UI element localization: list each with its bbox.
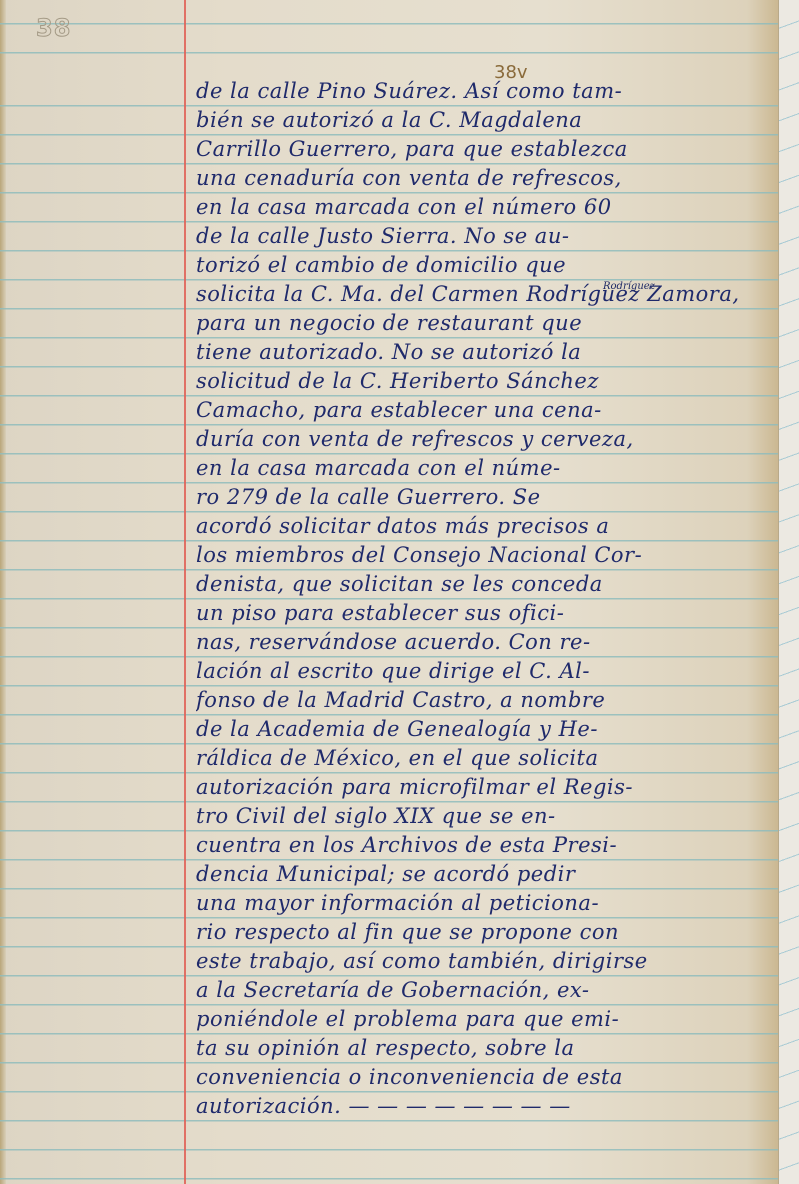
text-line: autorización. — — — — — — — — (196, 1092, 756, 1121)
red-margin-line (184, 0, 186, 1184)
adjacent-page-edge (778, 0, 799, 1184)
text-line: ro 279 de la calle Guerrero. Se (196, 483, 756, 512)
text-line: una cenaduría con venta de refrescos, (196, 164, 756, 193)
text-line: de la calle Justo Sierra. No se au- (196, 222, 756, 251)
text-line: cuentra en los Archivos de esta Presi- (196, 831, 756, 860)
text-line: a la Secretaría de Gobernación, ex- (196, 976, 756, 1005)
text-line: los miembros del Consejo Nacional Cor- (196, 541, 756, 570)
text-line: para un negocio de restaurant que (196, 309, 756, 338)
text-line: denista, que solicitan se les conceda (196, 570, 756, 599)
text-line: poniéndole el problema para que emi- (196, 1005, 756, 1034)
text-line: tro Civil del siglo XIX que se en- (196, 802, 756, 831)
text-line: rio respecto al fin que se propone con (196, 918, 756, 947)
text-line: tiene autorizado. No se autorizó la (196, 338, 756, 367)
text-line: en la casa marcada con el número 60 (196, 193, 756, 222)
page-number-stamp: 38 (36, 14, 71, 42)
text-line: lación al escrito que dirige el C. Al- (196, 657, 756, 686)
text-line: torizó el cambio de domicilio que (196, 251, 756, 280)
text-line: una mayor información al peticiona- (196, 889, 756, 918)
text-line: duría con venta de refrescos y cerveza, (196, 425, 756, 454)
text-line: este trabajo, así como también, dirigirs… (196, 947, 756, 976)
text-line: conveniencia o inconveniencia de esta (196, 1063, 756, 1092)
text-line: ráldica de México, en el que solicita (196, 744, 756, 773)
handwritten-text: de la calle Pino Suárez. Así como tam- b… (196, 77, 756, 1121)
text-line: ta su opinión al respecto, sobre la (196, 1034, 756, 1063)
text-line: bién se autorizó a la C. Magdalena (196, 106, 756, 135)
text-line: fonso de la Madrid Castro, a nombre (196, 686, 756, 715)
text-line: Carrillo Guerrero, para que establezca (196, 135, 756, 164)
text-line: nas, reservándose acuerdo. Con re- (196, 628, 756, 657)
ledger-page: 38 38v Rodríguez de la calle Pino Suárez… (0, 0, 778, 1184)
text-line: en la casa marcada con el núme- (196, 454, 756, 483)
text-line: dencia Municipal; se acordó pedir (196, 860, 756, 889)
text-line: autorización para microfilmar el Regis- (196, 773, 756, 802)
text-line: de la Academia de Genealogía y He- (196, 715, 756, 744)
text-line: acordó solicitar datos más precisos a (196, 512, 756, 541)
text-line: de la calle Pino Suárez. Así como tam- (196, 77, 756, 106)
text-line: un piso para establecer sus ofici- (196, 599, 756, 628)
text-line: solicita la C. Ma. del Carmen Rodríguez … (196, 280, 756, 309)
text-line: Camacho, para establecer una cena- (196, 396, 756, 425)
text-line: solicitud de la C. Heriberto Sánchez (196, 367, 756, 396)
